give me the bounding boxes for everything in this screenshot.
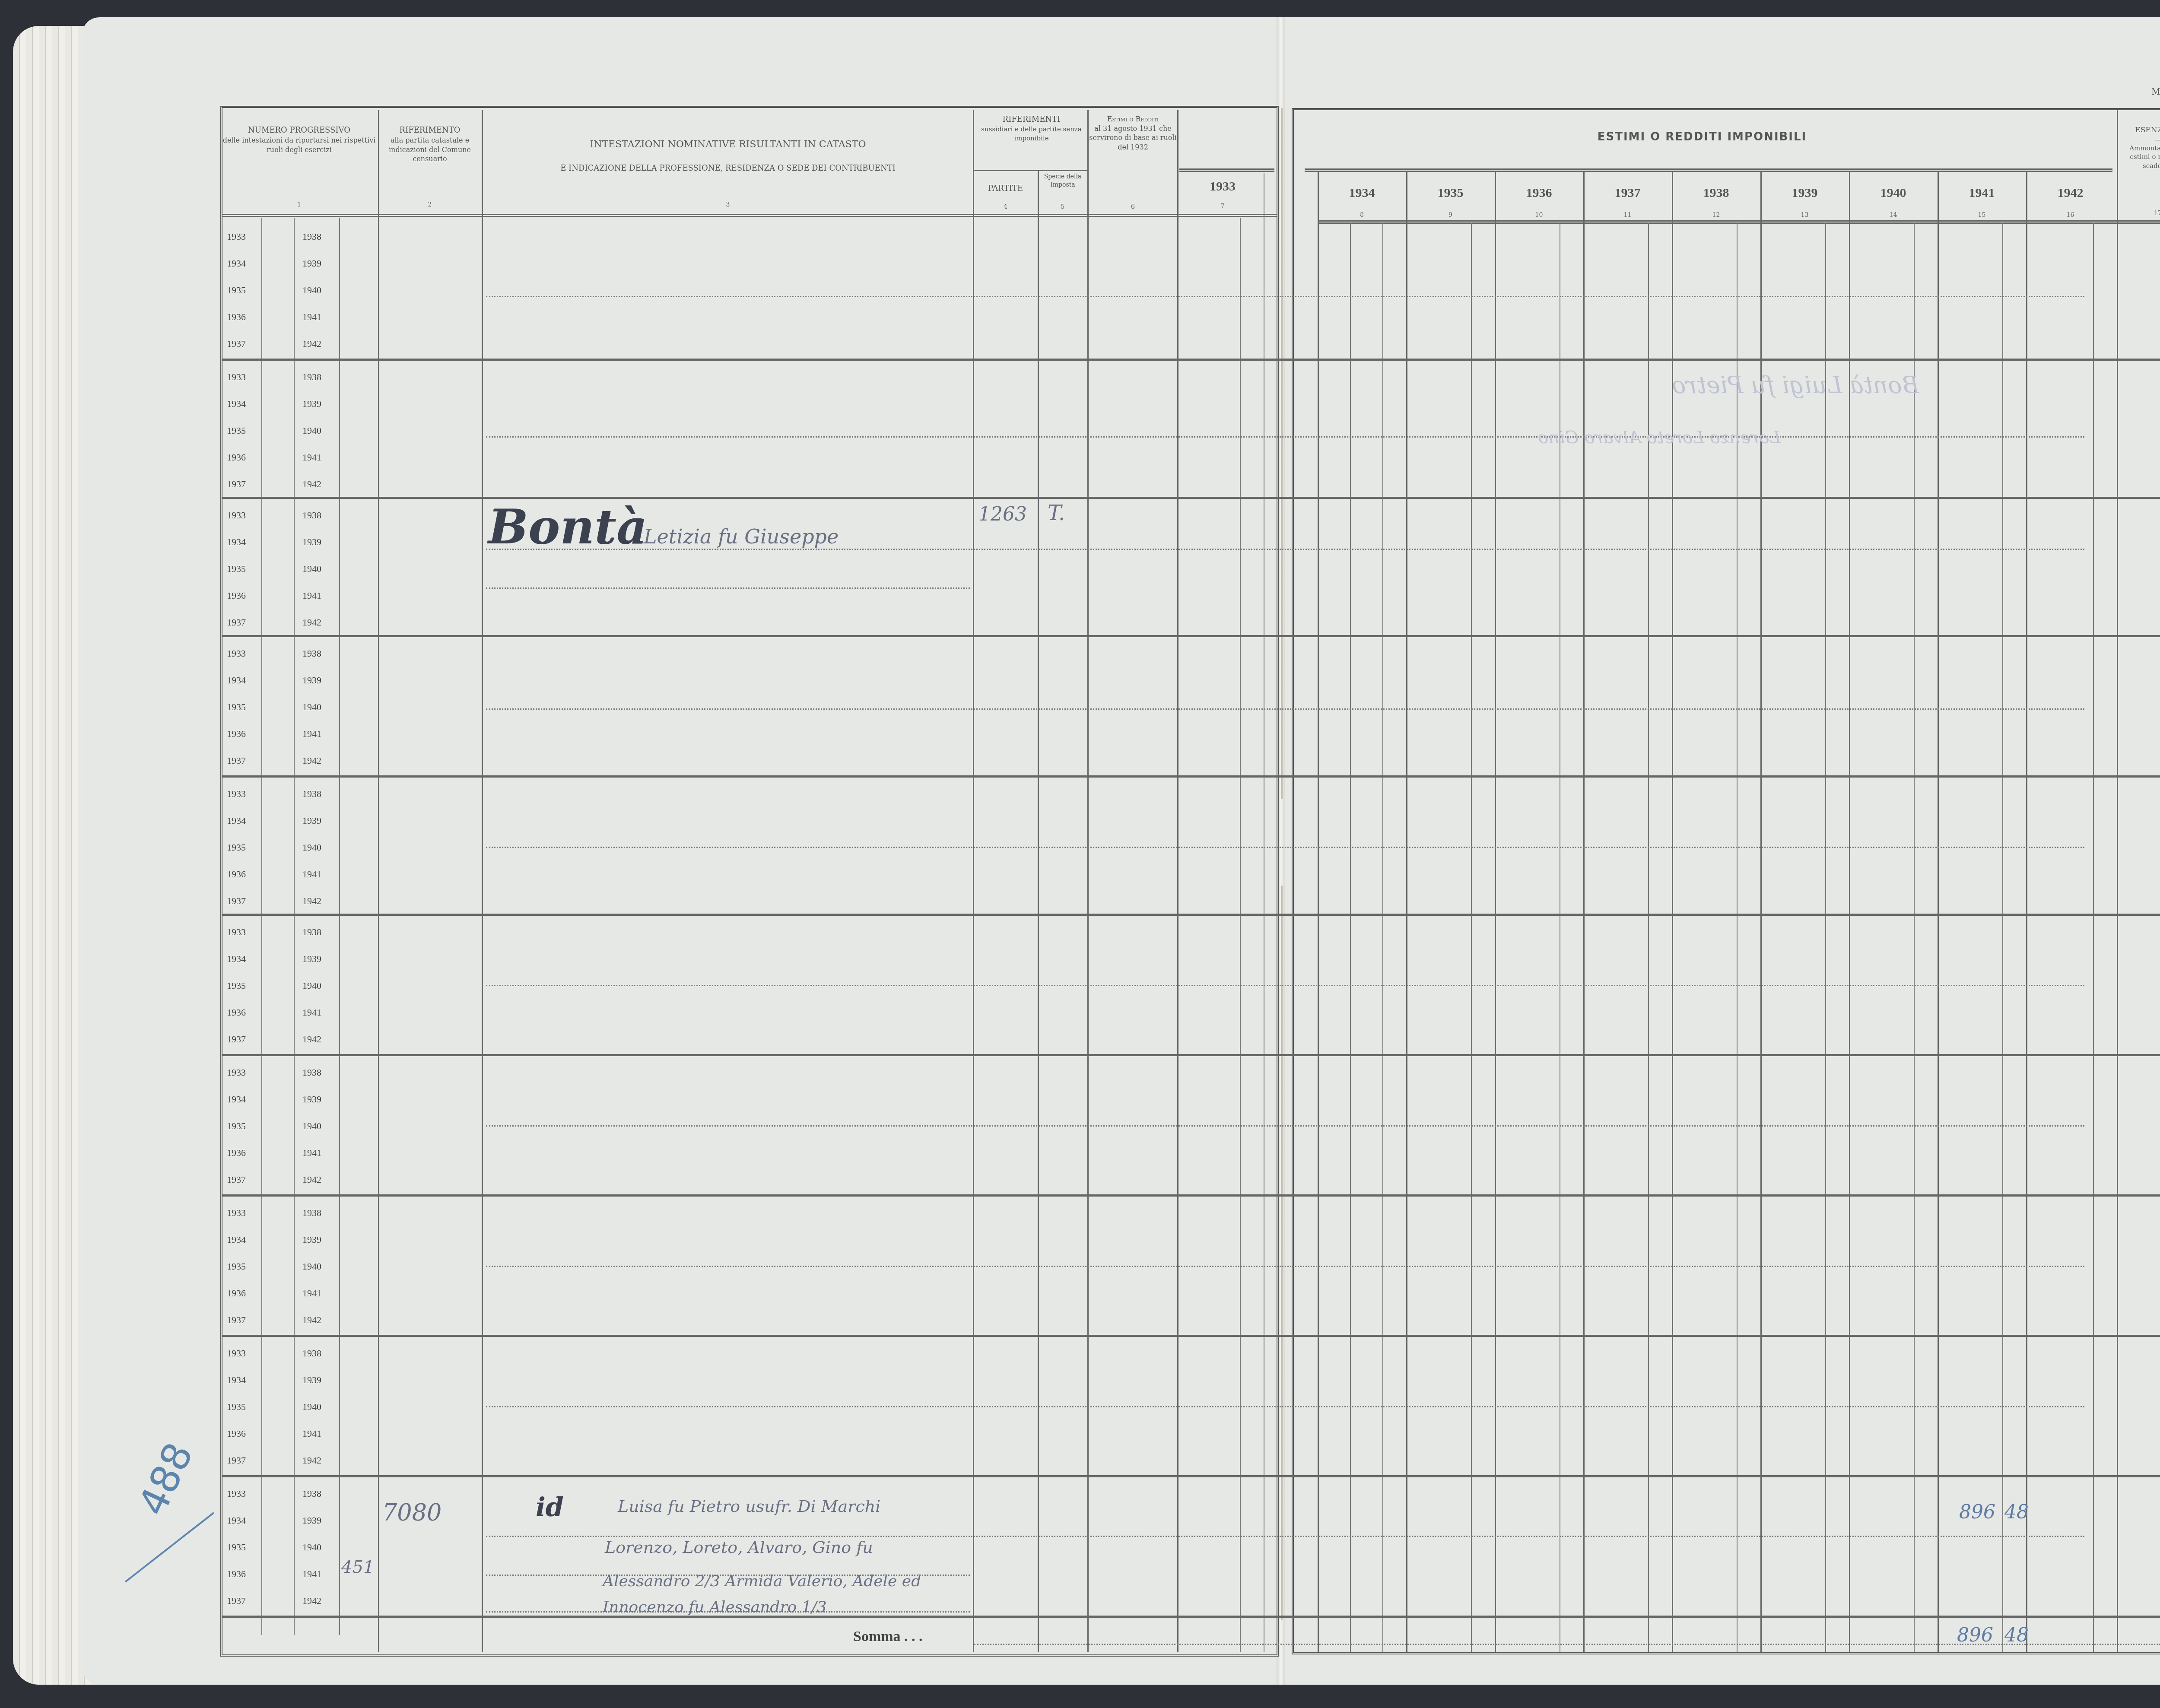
- year-label: 1934: [227, 258, 246, 269]
- column-rule: [1406, 171, 1407, 1652]
- column-rule: [1318, 171, 1319, 1652]
- year-label: 1933: [227, 1348, 246, 1359]
- year-label: 1937: [227, 1595, 246, 1606]
- year-label: 1942: [302, 1455, 321, 1466]
- year-label: 1936: [227, 311, 246, 323]
- column-rule: [1938, 171, 1939, 1652]
- column-rule: [482, 110, 483, 1652]
- header-estimi-imponibili: ESTIMI O REDDITI IMPONIBILI: [1296, 130, 2108, 145]
- value-1941-cent: 48: [2004, 1501, 2029, 1523]
- header-year: 1936: [1495, 186, 1583, 200]
- year-label: 1934: [227, 1234, 246, 1245]
- year-label: 1936: [227, 1288, 246, 1299]
- year-label: 1941: [302, 728, 321, 740]
- year-label: 1942: [302, 1314, 321, 1326]
- value-1941-lire: 896: [1959, 1501, 1995, 1523]
- row-rule: [486, 1266, 2084, 1267]
- year-label: 1935: [227, 425, 246, 436]
- header-year: 1942: [2026, 186, 2115, 200]
- somma-1941-lire: 896: [1957, 1624, 1993, 1646]
- somma-label: Somma . . .: [853, 1629, 923, 1645]
- header-year-1933: 1933: [1179, 179, 1266, 194]
- year-label: 1937: [227, 1034, 246, 1045]
- year-label: 1939: [302, 398, 321, 410]
- year-label: 1933: [227, 648, 246, 659]
- year-label: 1937: [227, 1314, 246, 1326]
- year-label: 1939: [302, 675, 321, 686]
- column-number: 16: [2026, 212, 2115, 219]
- year-label: 1938: [302, 1488, 321, 1499]
- column-rule: [1177, 110, 1178, 1652]
- year-label: 1935: [227, 980, 246, 991]
- column-number: 11: [1583, 212, 1672, 219]
- year-label: 1942: [302, 1595, 321, 1606]
- year-label: 1936: [227, 590, 246, 601]
- row-rule: [486, 985, 2084, 986]
- year-label: 1936: [227, 1428, 246, 1439]
- block-separator: [222, 635, 2160, 637]
- year-label: 1937: [227, 755, 246, 766]
- header-year: 1938: [1672, 186, 1760, 200]
- year-label: 1938: [302, 648, 321, 659]
- row-rule: [486, 847, 2084, 848]
- year-label: 1940: [302, 1121, 321, 1132]
- header-partite: PARTITE 4: [974, 173, 1037, 214]
- year-label: 1942: [302, 479, 321, 490]
- year-label: 1940: [302, 842, 321, 853]
- year-label: 1942: [302, 895, 321, 907]
- column-rule: [1583, 171, 1585, 1652]
- year-label: 1941: [302, 452, 321, 463]
- header-estimi-1931: Estimi o Redditi al 31 agosto 1931 che s…: [1089, 114, 1177, 214]
- year-label: 1934: [227, 1375, 246, 1386]
- header-divider: [1318, 220, 2160, 224]
- column-rule: [1495, 171, 1496, 1652]
- entry-partita-catastale: 7080: [382, 1499, 442, 1526]
- row-rule: [486, 1406, 2084, 1407]
- year-label: 1933: [227, 927, 246, 938]
- year-label: 1938: [302, 1067, 321, 1078]
- column-rule: [1038, 171, 1039, 1652]
- year-label: 1937: [227, 338, 246, 349]
- year-label: 1939: [302, 1234, 321, 1245]
- year-label: 1934: [227, 675, 246, 686]
- column-rule: [339, 218, 340, 1635]
- year-label: 1936: [227, 452, 246, 463]
- year-label: 1938: [302, 1207, 321, 1219]
- year-label: 1936: [227, 869, 246, 880]
- year-label: 1934: [227, 953, 246, 965]
- block-separator: [222, 775, 2160, 778]
- block-separator: [222, 1054, 2160, 1056]
- entry-line: Alessandro 2/3 Armida Valerio, Adele ed: [603, 1572, 921, 1590]
- header-divider: [1179, 168, 1274, 172]
- column-number: 10: [1495, 212, 1583, 219]
- year-label: 1934: [227, 815, 246, 826]
- bleed-through-text: Lorenzo Loreto Alvaro Gino: [1538, 428, 1781, 448]
- year-label: 1937: [227, 895, 246, 907]
- column-rule: [2026, 171, 2027, 1652]
- form-title: Mod. 111 - Imposte Dirette (Intercalare)…: [2151, 86, 2160, 97]
- year-label: 1935: [227, 702, 246, 713]
- header-riferimento: RIFERIMENTO alla partita catastale e ind…: [380, 125, 480, 212]
- year-label: 1938: [302, 371, 321, 383]
- header-divider: [974, 170, 1089, 171]
- header-year: 1934: [1318, 186, 1406, 200]
- entry-id-mark: id: [536, 1492, 564, 1523]
- row-rule: [486, 1536, 2084, 1537]
- column-rule: [1087, 110, 1089, 1652]
- year-label: 1936: [227, 728, 246, 740]
- row-rule: [486, 1125, 2084, 1127]
- year-label: 1941: [302, 1007, 321, 1018]
- entry-side-mark: 451: [341, 1557, 374, 1577]
- binding-thread: [1281, 108, 1283, 799]
- header-year: 1940: [1849, 186, 1938, 200]
- year-label: 1935: [227, 842, 246, 853]
- entry-given-name: Letizia fu Giuseppe: [644, 525, 839, 548]
- year-label: 1942: [302, 755, 321, 766]
- column-rule: [973, 110, 974, 1652]
- year-label: 1936: [227, 1147, 246, 1159]
- year-label: 1939: [302, 1375, 321, 1386]
- year-label: 1935: [227, 1401, 246, 1413]
- year-label: 1933: [227, 510, 246, 521]
- row-rule: [486, 436, 2084, 438]
- column-number: 13: [1760, 212, 1849, 219]
- header-intestazioni: INTESTAZIONI NOMINATIVE RISULTANTI IN CA…: [484, 134, 972, 212]
- year-label: 1940: [302, 980, 321, 991]
- binding-thread: [1281, 886, 1283, 1620]
- entry-specie: T.: [1048, 501, 1065, 525]
- somma-1941-cent: 48: [2004, 1624, 2029, 1646]
- year-label: 1942: [302, 1034, 321, 1045]
- block-separator: [222, 1335, 2160, 1337]
- year-label: 1941: [302, 1568, 321, 1580]
- block-separator: [222, 1616, 2160, 1618]
- block-separator: [222, 1475, 2160, 1477]
- right-table-frame: [1292, 108, 2160, 1654]
- year-label: 1941: [302, 1288, 321, 1299]
- header-numero-progressivo: NUMERO PROGRESSIVO delle intestazioni da…: [222, 125, 376, 212]
- year-label: 1938: [302, 510, 321, 521]
- cents-rule: [2093, 222, 2094, 1652]
- year-label: 1937: [227, 1455, 246, 1466]
- header-specie-imposta: Specie della Imposta 5: [1039, 173, 1086, 214]
- year-label: 1941: [302, 311, 321, 323]
- year-label: 1934: [227, 1515, 246, 1526]
- year-label: 1942: [302, 338, 321, 349]
- column-rule: [2117, 110, 2118, 1652]
- year-label: 1939: [302, 258, 321, 269]
- row-rule: [486, 549, 2084, 550]
- year-label: 1935: [227, 563, 246, 575]
- year-label: 1941: [302, 590, 321, 601]
- year-label: 1938: [302, 788, 321, 800]
- header-year: 1941: [1938, 186, 2026, 200]
- year-label: 1933: [227, 1488, 246, 1499]
- year-label: 1940: [302, 1401, 321, 1413]
- year-label: 1940: [302, 702, 321, 713]
- block-separator: [222, 359, 2160, 361]
- year-label: 1938: [302, 231, 321, 242]
- year-label: 1938: [302, 1348, 321, 1359]
- column-number: 7: [1179, 203, 1266, 210]
- year-label: 1937: [227, 479, 246, 490]
- year-label: 1934: [227, 1094, 246, 1105]
- entry-line: Lorenzo, Loreto, Alvaro, Gino fu: [605, 1538, 873, 1557]
- year-label: 1937: [227, 617, 246, 628]
- header-riferimenti-sussidiari: RIFERIMENTI sussidiari e delle partite s…: [974, 114, 1089, 171]
- year-label: 1940: [302, 563, 321, 575]
- year-label: 1939: [302, 815, 321, 826]
- year-label: 1937: [227, 1174, 246, 1185]
- year-label: 1942: [302, 1174, 321, 1185]
- year-label: 1935: [227, 1542, 246, 1553]
- year-label: 1941: [302, 869, 321, 880]
- year-label: 1933: [227, 788, 246, 800]
- header-esenzioni: ESENZIONI — Ammontare degli estimi o red…: [2119, 125, 2160, 220]
- year-label: 1940: [302, 1542, 321, 1553]
- column-number: 9: [1406, 212, 1495, 219]
- year-label: 1939: [302, 953, 321, 965]
- year-label: 1941: [302, 1428, 321, 1439]
- row-rule: [486, 587, 970, 589]
- year-label: 1933: [227, 1067, 246, 1078]
- header-year: 1939: [1760, 186, 1849, 200]
- year-label: 1936: [227, 1007, 246, 1018]
- block-separator: [222, 914, 2160, 916]
- year-label: 1933: [227, 371, 246, 383]
- header-divider: [222, 214, 1277, 217]
- column-number: 15: [1938, 212, 2026, 219]
- year-label: 1935: [227, 285, 246, 296]
- column-number: 8: [1318, 212, 1406, 219]
- header-year: 1935: [1406, 186, 1495, 200]
- year-label: 1942: [302, 617, 321, 628]
- header-year: 1937: [1583, 186, 1672, 200]
- year-label: 1940: [302, 285, 321, 296]
- year-label: 1934: [227, 398, 246, 410]
- row-rule: [486, 296, 2084, 297]
- year-label: 1939: [302, 1515, 321, 1526]
- year-label: 1934: [227, 537, 246, 548]
- year-label: 1941: [302, 1147, 321, 1159]
- year-label: 1933: [227, 231, 246, 242]
- column-rule: [261, 218, 262, 1635]
- year-label: 1935: [227, 1261, 246, 1272]
- column-rule: [378, 110, 379, 1652]
- entry-line: Innocenzo fu Alessandro 1/3: [603, 1598, 827, 1616]
- entry-surname: Bontà: [488, 499, 647, 555]
- year-label: 1940: [302, 1261, 321, 1272]
- year-label: 1935: [227, 1121, 246, 1132]
- year-label: 1936: [227, 1568, 246, 1580]
- year-label: 1940: [302, 425, 321, 436]
- column-rule: [294, 218, 295, 1635]
- row-rule: [486, 708, 2084, 710]
- header-divider: [1305, 168, 2112, 172]
- column-number: 12: [1672, 212, 1760, 219]
- column-number: 14: [1849, 212, 1938, 219]
- column-rule: [1264, 173, 1264, 1652]
- entry-line: Luisa fu Pietro usufr. Di Marchi: [618, 1497, 880, 1516]
- block-separator: [222, 1194, 2160, 1197]
- year-label: 1938: [302, 927, 321, 938]
- year-label: 1939: [302, 1094, 321, 1105]
- column-rule: [1240, 218, 1241, 1652]
- bleed-through-text: Bontà Luigi fu Pietro: [1672, 371, 1919, 399]
- year-label: 1939: [302, 537, 321, 548]
- entry-partite: 1263: [978, 503, 1027, 525]
- year-label: 1933: [227, 1207, 246, 1219]
